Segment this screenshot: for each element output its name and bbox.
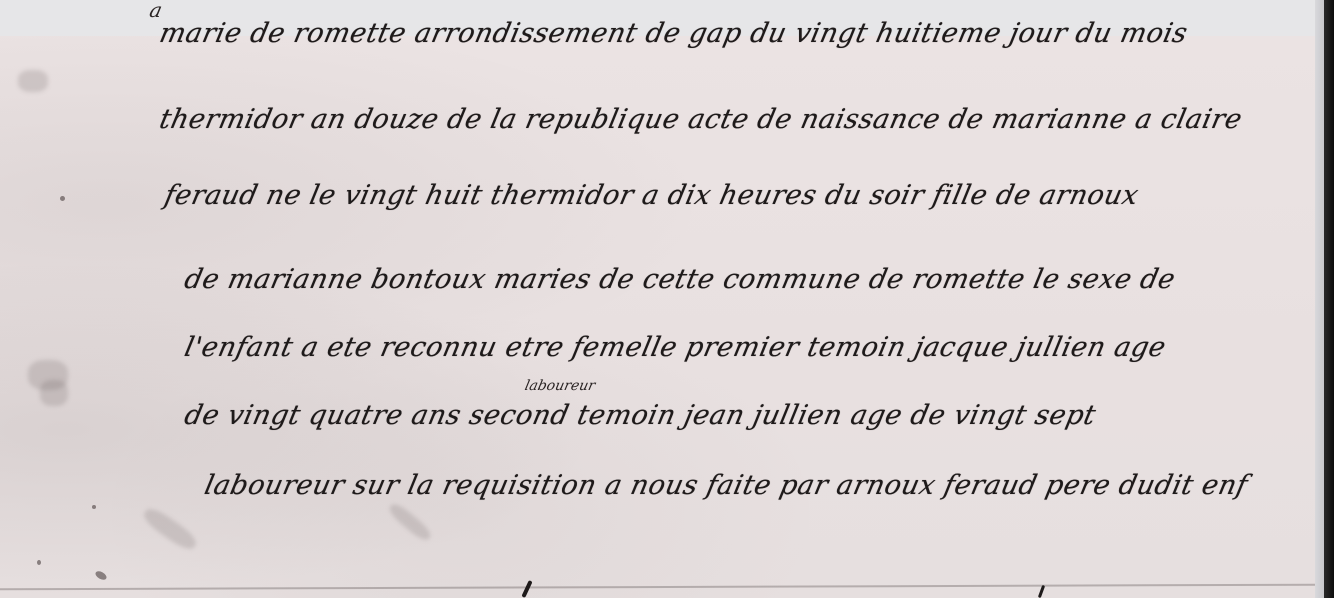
page-edge-light — [1315, 0, 1324, 598]
ink-dot — [92, 505, 96, 509]
interlinear-annotation: laboureur — [523, 378, 596, 394]
handwritten-line-3: feraud ne le vingt huit thermidor a dix … — [162, 180, 1142, 211]
ink-dot — [60, 196, 65, 201]
paper-smudge — [40, 380, 68, 406]
page-edge-dark — [1324, 0, 1334, 598]
handwritten-line-6: de vingt quatre ans second temoin jean j… — [182, 400, 1099, 431]
handwritten-line-5: l'enfant a ete reconnu etre femelle prem… — [182, 332, 1169, 363]
handwritten-line-1: marie de romette arrondissement de gap d… — [157, 18, 1191, 49]
handwritten-line-4: de marianne bontoux maries de cette comm… — [182, 264, 1179, 295]
paper-smudge — [18, 70, 48, 92]
ink-dot — [37, 560, 41, 565]
document-page: a marie de romette arrondissement de gap… — [0, 0, 1334, 598]
handwritten-line-7: laboureur sur la requisition a nous fait… — [202, 470, 1251, 501]
handwritten-line-2: thermidor an douze de la republique acte… — [157, 104, 1245, 135]
